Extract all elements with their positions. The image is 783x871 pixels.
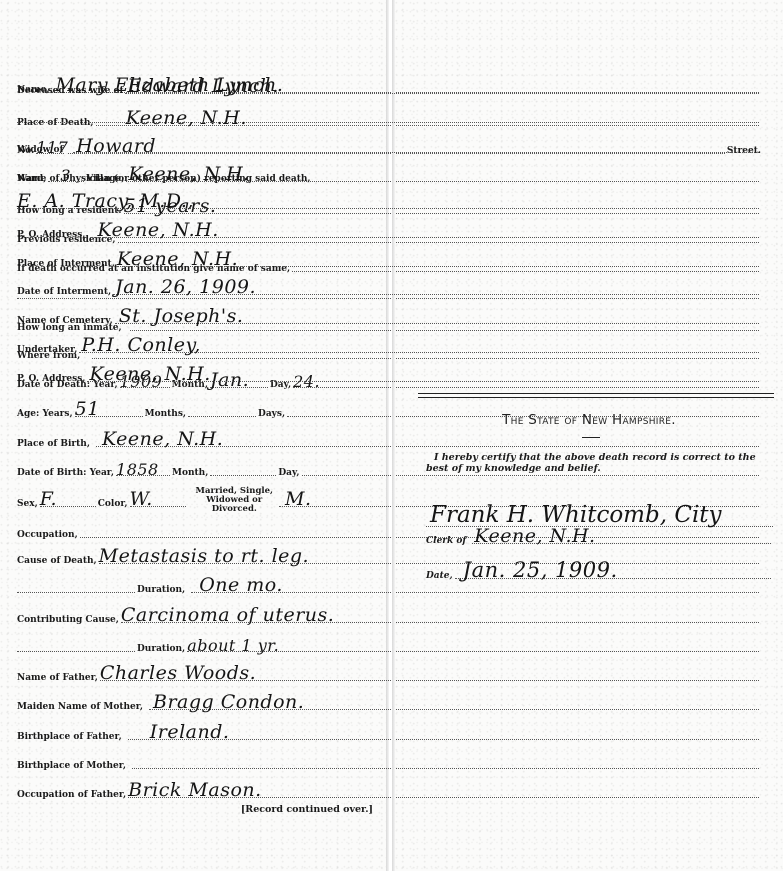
field-duration-2: Duration, about 1 yr. xyxy=(17,639,761,655)
marital-label: Married, Single, Widowed or Divorced. xyxy=(196,487,273,515)
field-physician-label: Name of Physician (or other person) repo… xyxy=(17,169,761,185)
age-years-value: 51 xyxy=(75,398,100,420)
field-wife-of-continued xyxy=(17,110,761,126)
place-of-birth-value: Keene, N.H. xyxy=(102,428,223,450)
field-father-name: Name of Father, Charles Woods. xyxy=(17,668,761,684)
double-rule-divider xyxy=(418,393,774,398)
physician-value: E. A. Tracy, M.D., xyxy=(17,190,194,212)
field-contributing-cause: Contributing Cause, Carcinoma of uterus. xyxy=(17,610,761,626)
field-undertaker: Undertaker, P.H. Conley, xyxy=(17,340,761,356)
field-date-of-interment: Date of Interment, Jan. 26, 1909. xyxy=(17,282,761,298)
birth-year-value: 1858 xyxy=(116,460,159,479)
clerk-signature-line: Frank H. Whitcomb, City xyxy=(426,492,773,527)
father-occupation-value: Brick Mason. xyxy=(128,779,262,801)
field-place-of-interment: Place of Interment, Keene, N.H. xyxy=(17,254,761,270)
sex-value: F. xyxy=(40,488,57,510)
field-father-occupation: Occupation of Father, Brick Mason. xyxy=(17,785,761,801)
cause-of-death-value: Metastasis to rt. leg. xyxy=(99,545,309,567)
place-of-interment-value: Keene, N.H. xyxy=(117,248,238,270)
duration-2-value: about 1 yr. xyxy=(187,636,279,655)
field-cemetery: Name of Cemetery, St. Joseph's. xyxy=(17,311,761,327)
duration-1-value: One mo. xyxy=(199,574,283,596)
field-physician-address: P. O. Address, Keene, N.H. xyxy=(17,225,761,241)
father-birthplace-value: Ireland. xyxy=(150,721,230,743)
contributing-cause-value: Carcinoma of uterus. xyxy=(121,604,334,626)
page-edge xyxy=(392,0,395,871)
field-widow-of: Widow of xyxy=(17,140,761,156)
field-mother-birthplace: Birthplace of Mother, xyxy=(17,756,761,772)
color-value: W. xyxy=(130,488,153,510)
field-place-of-birth: Place of Birth, Keene, N.H. xyxy=(17,434,761,450)
mother-maiden-name-value: Bragg Condon. xyxy=(153,691,304,713)
field-date: Date, Jan. 25, 1909. xyxy=(426,566,773,582)
field-physician: E. A. Tracy, M.D., xyxy=(17,196,761,212)
wife-of-value: Edward Lynch. xyxy=(127,75,279,97)
continued-note: [Record continued over.] xyxy=(241,804,373,815)
marital-value: M. xyxy=(285,488,312,510)
field-father-birthplace: Birthplace of Father, Ireland. xyxy=(17,727,761,743)
field-undertaker-address: P. O. Address, Keene, N.H. xyxy=(17,369,761,385)
state-title: The State of New Hampshire. xyxy=(395,412,783,428)
field-mother-maiden-name: Maiden Name of Mother, Bragg Condon. xyxy=(17,697,761,713)
field-duration-1: Duration, One mo. xyxy=(17,580,761,596)
clerk-of-value: Keene, N.H. xyxy=(474,525,595,547)
father-name-value: Charles Woods. xyxy=(100,662,256,684)
date-value: Jan. 25, 1909. xyxy=(463,558,618,582)
field-wife-of: Deceased was wife of Edward Lynch. xyxy=(17,81,761,97)
short-rule xyxy=(582,437,600,438)
undertaker-value: P.H. Conley, xyxy=(81,334,200,356)
field-clerk-of: Clerk of Keene, N.H. xyxy=(426,531,773,547)
undertaker-address-value: Keene, N.H. xyxy=(89,363,210,385)
cemetery-value: St. Joseph's. xyxy=(119,305,244,327)
date-of-interment-value: Jan. 26, 1909. xyxy=(115,276,256,298)
certification-text: I hereby certify that the above death re… xyxy=(426,452,776,474)
physician-address-value: Keene, N.H. xyxy=(97,219,218,241)
